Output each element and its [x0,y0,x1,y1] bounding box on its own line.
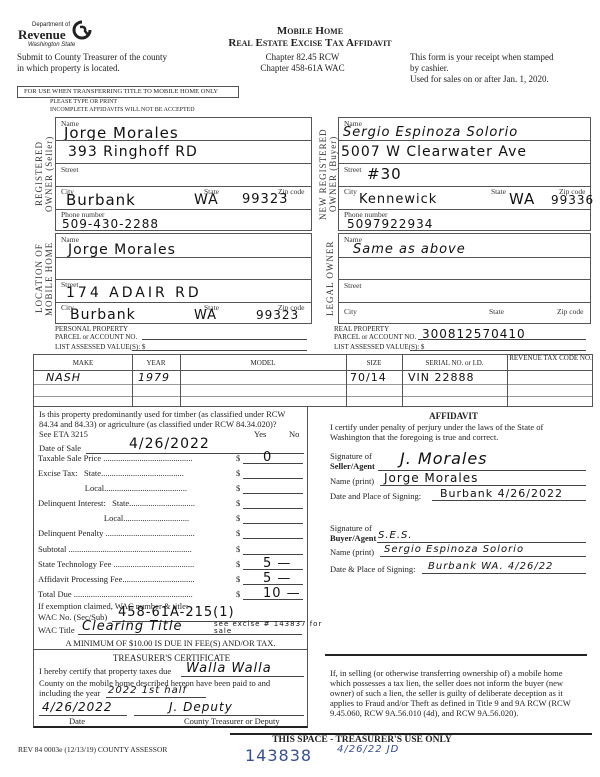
delinquent-interest-state-field[interactable] [243,508,303,509]
vehicle-table: MAKE YEAR MODEL SIZE SERIAL NO. or I.D. … [33,354,593,407]
chapter-rcw: Chapter 82.45 RCW [230,52,375,62]
treasurer-line1: I hereby certify that property taxes due [39,666,171,676]
chapter-wac: Chapter 458-61A WAC [230,63,375,73]
col-header-year: YEAR [132,359,180,367]
delinquent-interest-local-label: Local............................... [38,513,238,523]
real-assessed-field[interactable] [410,350,586,351]
buyer-name-print-label: Name (print) [330,547,374,557]
receipt-note-3: Used for sales on or after Jan. 1, 2020. [410,74,549,84]
table-row-year[interactable]: 1979 [138,371,170,384]
real-property-label-2: PARCEL or ACCOUNT NO. [334,333,416,341]
buyer-address-field[interactable]: 5007 W Clearwater Ave [341,144,527,160]
seller-phone-field[interactable]: 509-430-2288 [62,217,159,231]
seller-zip-field[interactable]: 99323 [242,192,288,207]
delinquent-penalty-label: Delinquent Penalty .....................… [38,528,238,538]
fraud-notice: If, in selling (or otherwise transferrin… [330,668,585,718]
delinquent-interest-state-label: Delinquent Interest: State..............… [38,498,238,508]
dollar-sign: $ [236,483,240,493]
buyer-city-field[interactable]: Kennewick [359,192,437,207]
treasurer-year-field[interactable] [106,697,206,698]
seller-signature-value: J. Morales [400,449,488,468]
delinquent-interest-state-row: Delinquent Interest: State..............… [38,498,303,511]
buyer-sig-label-2: Buyer/Agent [330,533,376,543]
total-due-label: Total Due ..............................… [38,589,238,599]
seller-date-place-field[interactable] [432,500,586,501]
dollar-sign: $ [236,544,240,554]
real-parcel-value: 300812570410 [422,327,526,341]
affidavit-processing-fee-label: Affidavit Processing Fee................… [38,574,238,584]
location-street-field[interactable]: 174 ADAIR RD [66,285,202,301]
location-zip-field[interactable]: 99323 [256,308,299,322]
total-due-value: 10 — [263,586,301,601]
legal-street-label: Street [344,281,362,290]
seller-street-label: Street [61,165,79,174]
location-city-field[interactable]: Burbank [70,307,136,323]
seller-section-label: REGISTERED OWNER (Seller) [34,117,54,231]
legal-name-field[interactable]: Same as above [353,242,466,257]
excise-state-row: Excise Tax: State.......................… [38,468,303,481]
col-header-make: MAKE [34,359,132,367]
personal-parcel-field[interactable] [142,339,307,340]
delinquent-penalty-row: Delinquent Penalty .....................… [38,528,303,541]
buyer-section-label: NEW REGISTERED OWNER (Buyer) [318,117,338,231]
buyer-street-field[interactable]: #30 [367,165,402,183]
location-section-label: LOCATION OF MOBILE HOME [34,233,54,324]
buyer-signature-value: S.E.S. [378,530,413,541]
wac-title-label: WAC Title [38,625,75,635]
seller-sig-label-1: Signature of [330,451,372,461]
delinquent-penalty-field[interactable] [243,538,303,539]
dollar-sign: $ [236,498,240,508]
excise-local-label: Local...................................… [38,483,238,493]
col-header-size: SIZE [346,359,402,367]
stamp-number: 143838 [245,746,312,765]
affidavit-processing-fee-value: 5 — [263,571,291,586]
state-technology-fee-label: State Technology Fee ...................… [38,559,238,569]
seller-date-place-label: Date and Place of Signing: [330,491,421,501]
receipt-note-2: by cashier. [410,63,449,73]
personal-property-label-1: PERSONAL PROPERTY [55,325,128,333]
col-header-model: MODEL [180,359,346,367]
buyer-city-label: City [344,187,357,196]
dollar-sign: $ [236,589,240,599]
excise-state-field[interactable] [243,478,303,479]
table-row-make[interactable]: NASH [46,371,81,384]
personal-property-label-2: PARCEL or ACCOUNT NO. [55,333,137,341]
affidavit-text: I certify under penalty of perjury under… [330,422,585,442]
delinquent-interest-local-field[interactable] [243,523,303,524]
treasurer-year-value: 2022 1st half [108,685,187,696]
table-row-size[interactable]: 70/14 [350,371,387,384]
submit-note-1: Submit to County Treasurer of the county [17,52,167,62]
treasurer-signature-value: J. Deputy [169,700,233,714]
buyer-date-place-label: Date & Place of Signing: [330,564,415,574]
seller-name-print-label: Name (print) [330,476,374,486]
taxable-sale-price-label: Taxable Sale Price .....................… [38,453,238,463]
timber-no-option[interactable]: No [289,429,299,439]
col-header-tax-code: REVENUE TAX CODE NO. [507,355,594,362]
seller-name-print-field[interactable] [380,485,586,486]
buyer-street-label: Street [344,165,362,174]
minimum-due-note: A MINIMUM OF $10.00 IS DUE IN FEE(S) AND… [33,638,308,648]
dollar-sign: $ [236,559,240,569]
taxable-sale-price-row: Taxable Sale Price .....................… [38,453,303,466]
buyer-signature-field[interactable] [377,542,586,543]
col-header-serial: SERIAL NO. or I.D. [402,359,507,367]
buyer-name-print-value: Sergio Espinoza Solorio [384,544,524,555]
treasurer-certificate: TREASURER'S CERTIFICATE I hereby certify… [33,650,308,728]
legal-city-label: City [344,307,357,316]
buyer-state-field[interactable]: WA [509,190,535,208]
personal-assessed-field[interactable] [132,350,307,351]
buyer-phone-field[interactable]: 5097922934 [347,217,433,231]
location-block: Name Jorge Morales Street 174 ADAIR RD C… [55,233,312,324]
form-title-line1: Mobile Home [0,25,600,37]
seller-address-field[interactable]: 393 Ringhoff RD [68,144,198,160]
treasurer-sig-label: County Treasurer or Deputy [184,716,280,726]
form-id: REV 84 0003e (12/13/19) COUNTY ASSESSOR [18,745,167,754]
treasurer-county-field[interactable] [181,676,304,677]
buyer-name-field[interactable]: Sergio Espinoza Solorio [343,125,518,140]
excise-local-row: Local...................................… [38,483,303,496]
seller-date-place-value: Burbank 4/26/2022 [440,487,563,500]
subtotal-field[interactable] [243,554,303,555]
wac-note: see excise # 143837 for sale [214,621,324,635]
taxable-sale-price-field[interactable] [243,463,303,464]
buyer-block: Name Sergio Espinoza Solorio 5007 W Clea… [338,117,591,231]
date-of-sale-label: Date of Sale [39,443,81,453]
wac-no-value: 458-61A-215(1) [118,605,235,620]
seller-block: Name Jorge Morales 393 Ringhoff RD Stree… [55,117,312,231]
delinquent-interest-local-row: Local...............................$ [38,513,303,526]
buyer-sig-label-1: Signature of [330,523,372,533]
buyer-date-place-value: Burbank WA. 4/26/22 [428,561,553,572]
receipt-note-1: This form is your receipt when stamped [410,52,553,62]
taxable-sale-price-value: 0 [263,450,272,465]
submit-note-2: in which property is located. [17,63,120,73]
dollar-sign: $ [236,468,240,478]
instructions-1: PLEASE TYPE OR PRINT [50,99,117,105]
usage-banner: FOR USE WHEN TRANSFERRING TITLE TO MOBIL… [17,86,239,98]
buyer-zip-field[interactable]: 99336 [551,193,594,207]
excise-state-label: Excise Tax: State.......................… [38,468,238,478]
real-property-label-1: REAL PROPERTY [334,325,389,333]
see-eta: See ETA 3215 [39,429,88,439]
legal-owner-block: Name Same as above Street City State Zip… [338,233,591,324]
excise-local-field[interactable] [243,493,303,494]
timber-yes-option[interactable]: Yes [254,429,266,439]
legal-state-label: State [489,307,504,316]
buyer-name-print-field[interactable] [380,556,586,557]
state-technology-fee-value: 5 — [263,556,291,571]
wac-title-value: Clearing Title [82,619,183,634]
dollar-sign: $ [236,574,240,584]
form-title-line2: Real Estate Excise Tax Affidavit [0,37,600,49]
treasurer-date-value: 4/26/2022 [42,700,113,714]
buyer-state-label: State [491,187,506,196]
location-name-field[interactable]: Jorge Morales [68,242,176,258]
instructions-2: INCOMPLETE AFFIDAVITS WILL NOT BE ACCEPT… [50,107,195,113]
seller-sig-label-2: Seller/Agent [330,461,375,471]
stamp-date: 4/26/22 JD [337,744,399,755]
legal-zip-label: Zip code [557,307,583,316]
seller-city-field[interactable]: Burbank [66,191,136,209]
treasurer-date-label: Date [69,716,85,726]
treasurer-county-value: Walla Walla [186,661,272,676]
table-row-serial[interactable]: VIN 22888 [408,371,475,384]
location-state-field[interactable]: WA [194,308,217,323]
dollar-sign: $ [236,513,240,523]
seller-name-print-value: Jorge Morales [384,471,478,485]
legal-owner-section-label: LEGAL OWNER [325,233,335,324]
dollar-sign: $ [236,528,240,538]
dollar-sign: $ [236,453,240,463]
buyer-date-place-field[interactable] [422,573,586,574]
date-of-sale-value: 4/26/2022 [129,436,210,452]
subtotal-label: Subtotal ...............................… [38,544,238,554]
timber-question: Is this property predominantly used for … [39,410,304,429]
affidavit-title: AFFIDAVIT [315,411,592,421]
seller-state-field[interactable]: WA [194,192,219,208]
treasurer-line3: including the year [39,688,100,698]
